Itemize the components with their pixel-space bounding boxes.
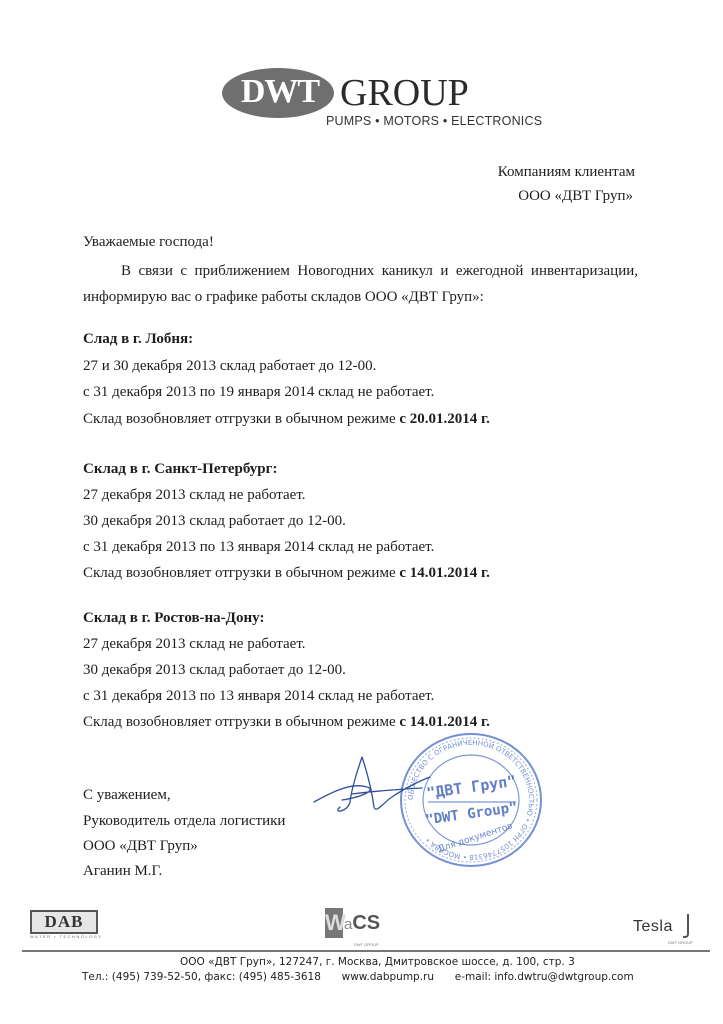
warehouse-spb-line: 30 декабря 2013 склад работает до 12-00. (83, 512, 346, 530)
footer-email[interactable]: e-mail: info.dwtru@dwtgroup.com (455, 971, 634, 983)
footer-phones: Тел.: (495) 739-52-50, факс: (495) 485-3… (82, 971, 321, 983)
footer-address: ООО «ДВТ Груп», 127247, г. Москва, Дмитр… (180, 955, 575, 969)
warehouse-rostov-resume: Склад возобновляет отгрузки в обычном ре… (83, 713, 490, 731)
warehouse-spb-line: 27 декабря 2013 склад не работает. (83, 486, 306, 504)
footer-website[interactable]: www.dabpump.ru (342, 971, 434, 983)
tesla-logo-bracket-icon (683, 914, 689, 938)
intro-line-2: информирую вас о графике работы складов … (83, 288, 484, 306)
company-logo: DWT GROUP PUMPS • MOTORS • ELECTRONICS (222, 62, 512, 132)
warehouse-spb-resume: Склад возобновляет отгрузки в обычном ре… (83, 564, 490, 582)
closing-position: Руководитель отдела логистики (83, 812, 285, 830)
resume-date: с 20.01.2014 г. (399, 411, 490, 427)
svg-text:"ДВТ Груп": "ДВТ Груп" (425, 772, 517, 802)
resume-text: Склад возобновляет отгрузки в обычном ре… (83, 411, 399, 427)
logo-wordmark: GROUP (340, 74, 469, 112)
tesla-logo: Tesla (633, 918, 673, 936)
logo-tagline: PUMPS • MOTORS • ELECTRONICS (326, 114, 542, 128)
dab-logo: DAB (30, 910, 98, 934)
warehouse-lobnya-resume: Склад возобновляет отгрузки в обычном ре… (83, 410, 490, 428)
resume-date: с 14.01.2014 г. (399, 565, 490, 581)
warehouse-lobnya-line: 27 и 30 декабря 2013 склад работает до 1… (83, 357, 376, 375)
footer-brand-logos: DAB WATER • TECHNOLOGY W aCS DWT GROUP T… (0, 900, 723, 950)
addressee-line-2: ООО «ДВТ Груп» (518, 187, 633, 205)
footer-divider (22, 950, 710, 952)
warehouse-rostov-line: 27 декабря 2013 склад не работает. (83, 635, 306, 653)
intro-line-1: В связи с приближением Новогодних канику… (121, 262, 638, 280)
resume-text: Склад возобновляет отгрузки в обычном ре… (83, 565, 399, 581)
closing-regards: С уважением, (83, 786, 171, 804)
warehouse-lobnya-line: с 31 декабря 2013 по 19 января 2014 скла… (83, 383, 434, 401)
wacs-logo-rest: aCS (344, 908, 380, 940)
signature-scribble-icon (312, 752, 432, 822)
warehouse-lobnya-title: Слад в г. Лобня: (83, 330, 193, 348)
addressee-line-1: Компаниям клиентам (498, 163, 635, 181)
closing-name: Аганин М.Г. (83, 862, 162, 880)
wacs-logo-subtitle: DWT GROUP (354, 942, 379, 947)
wacs-logo-cs: CS (352, 912, 380, 934)
warehouse-rostov-title: Склад в г. Ростов-на-Дону: (83, 609, 264, 627)
signature (312, 752, 432, 822)
salutation: Уважаемые господа! (83, 233, 214, 251)
warehouse-spb-title: Склад в г. Санкт-Петербург: (83, 460, 277, 478)
dab-logo-subtitle: WATER • TECHNOLOGY (30, 934, 103, 939)
warehouse-spb-line: с 31 декабря 2013 по 13 января 2014 скла… (83, 538, 434, 556)
tesla-logo-subtitle: DWT GROUP (668, 940, 693, 945)
closing-company: ООО «ДВТ Груп» (83, 837, 198, 855)
warehouse-rostov-line: с 31 декабря 2013 по 13 января 2014 скла… (83, 687, 434, 705)
warehouse-rostov-line: 30 декабря 2013 склад работает до 12-00. (83, 661, 346, 679)
resume-text: Склад возобновляет отгрузки в обычном ре… (83, 714, 399, 730)
footer-contacts: Тел.: (495) 739-52-50, факс: (495) 485-3… (82, 970, 634, 984)
resume-date: с 14.01.2014 г. (399, 714, 490, 730)
wacs-logo-w: W (325, 908, 343, 938)
logo-mark: DWT (232, 74, 328, 110)
